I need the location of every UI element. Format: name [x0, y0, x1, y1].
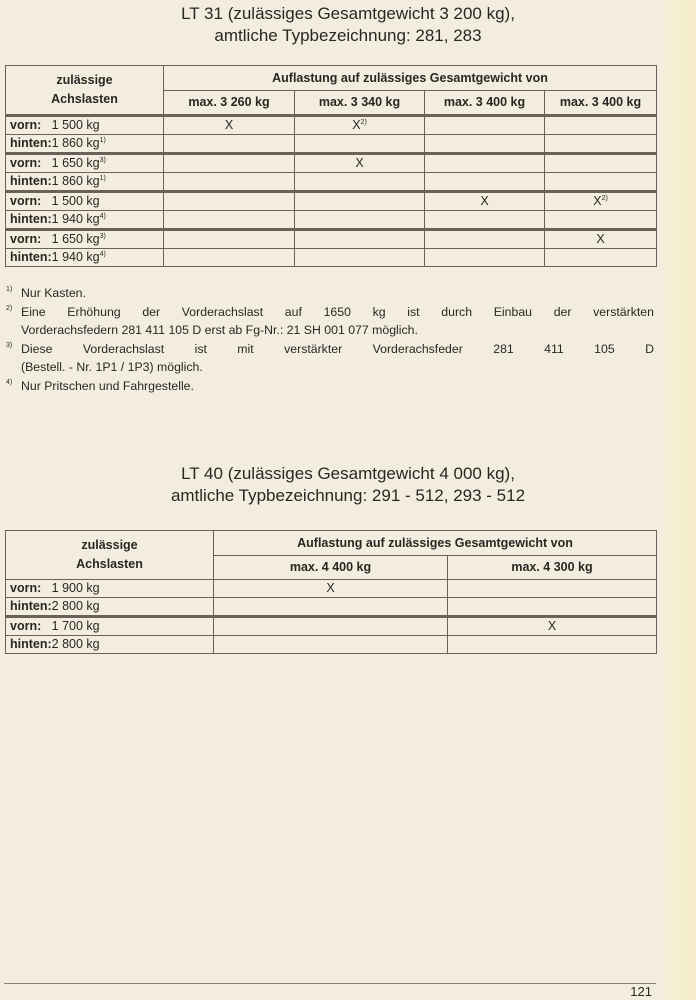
table-row: hinten:1 860 kg1) [6, 135, 657, 154]
mark-cell [425, 116, 545, 135]
mark-cell: X [214, 580, 448, 598]
mark-cell [545, 154, 657, 173]
footnote-number: 2) [6, 300, 12, 319]
mark-cell: X2) [295, 116, 425, 135]
footer-rule [4, 983, 656, 984]
mark-cell [164, 211, 295, 230]
section1-title-line2: amtliche Typbezeichnung: 281, 283 [0, 25, 696, 47]
mark-cell [425, 154, 545, 173]
axle-cell: vorn: 1 500 kg [6, 116, 164, 135]
column-header: max. 3 400 kg [425, 91, 545, 116]
mark-cell [425, 211, 545, 230]
table-row: vorn: 1 900 kg X [6, 580, 657, 598]
table-row: hinten:2 800 kg [6, 636, 657, 654]
lt40-axle-load-table: zulässige Achslasten Auflastung auf zulä… [5, 530, 657, 654]
axle-label: hinten: [10, 136, 52, 150]
axle-value: 1 500 kg [52, 118, 100, 132]
footnote-text-line2: (Bestell. - Nr. 1P1 / 1P3) möglich. [21, 358, 654, 377]
axle-cell: vorn: 1 900 kg [6, 580, 214, 598]
mark-cell [164, 154, 295, 173]
mark-cell: X2) [545, 192, 657, 211]
axle-load-header: zulässige Achslasten [6, 66, 164, 116]
mark-cell [425, 173, 545, 192]
footnote-3: 3) Diese Vorderachslast ist mit verstärk… [6, 340, 654, 377]
table-row: hinten:2 800 kg [6, 598, 657, 617]
axle-label: vorn: [10, 232, 41, 246]
axle-value: 1 650 kg [52, 232, 100, 246]
axle-label: vorn: [10, 156, 41, 170]
axle-cell: vorn: 1 650 kg3) [6, 230, 164, 249]
mark-cell [545, 116, 657, 135]
footnotes: 1) Nur Kasten. 2) Eine Erhöhung der Vord… [6, 284, 654, 395]
axle-label: hinten: [10, 212, 52, 226]
axle-label: vorn: [10, 118, 41, 132]
axle-value: 1 860 kg [52, 136, 100, 150]
section1-title: LT 31 (zulässiges Gesamtgewicht 3 200 kg… [0, 3, 696, 47]
mark-cell: X [448, 617, 657, 636]
mark-cell [214, 617, 448, 636]
footnote-ref: 4) [100, 213, 106, 220]
axle-value: 1 860 kg [52, 174, 100, 188]
axle-header-line2: Achslasten [76, 557, 143, 571]
section1-title-line1: LT 31 (zulässiges Gesamtgewicht 3 200 kg… [0, 3, 696, 25]
section2-title: LT 40 (zulässiges Gesamtgewicht 4 000 kg… [0, 463, 696, 507]
mark-cell [425, 249, 545, 267]
footnote-2: 2) Eine Erhöhung der Vorderachslast auf … [6, 303, 654, 340]
lt31-axle-load-table: zulässige Achslasten Auflastung auf zulä… [5, 65, 657, 267]
mark-cell [295, 173, 425, 192]
axle-label: hinten: [10, 250, 52, 264]
axle-label: hinten: [10, 174, 52, 188]
page-number: 121 [630, 984, 652, 999]
mark-cell [425, 230, 545, 249]
section2-title-line2: amtliche Typbezeichnung: 291 - 512, 293 … [0, 485, 696, 507]
table-row: vorn: 1 650 kg3) X [6, 230, 657, 249]
axle-label: vorn: [10, 194, 41, 208]
column-header: max. 3 400 kg [545, 91, 657, 116]
column-header: max. 4 400 kg [214, 556, 448, 580]
upgrade-group-header: Auflastung auf zulässiges Gesamtgewicht … [214, 531, 657, 556]
mark-cell [545, 211, 657, 230]
footnote-text-line2: Vorderachsfedern 281 411 105 D erst ab F… [21, 321, 654, 340]
axle-value: 1 650 kg [52, 156, 100, 170]
axle-value: 1 940 kg [52, 250, 100, 264]
mark-cell [545, 173, 657, 192]
mark-cell [425, 135, 545, 154]
axle-load-header: zulässige Achslasten [6, 531, 214, 580]
mark-cell: X [425, 192, 545, 211]
mark-cell [295, 192, 425, 211]
mark-cell [295, 230, 425, 249]
table-row: vorn: 1 700 kg X [6, 617, 657, 636]
footnote-text: Nur Pritschen und Fahrgestelle. [21, 379, 194, 393]
mark-cell [448, 580, 657, 598]
footnote-number: 4) [6, 374, 12, 393]
axle-cell: vorn: 1 500 kg [6, 192, 164, 211]
mark-cell [164, 173, 295, 192]
mark-cell [448, 598, 657, 617]
mark-cell: X [545, 230, 657, 249]
axle-value: 1 500 kg [52, 194, 100, 208]
footnote-number: 3) [6, 337, 12, 356]
mark-cell: X [164, 116, 295, 135]
mark-cell [164, 192, 295, 211]
column-header: max. 3 340 kg [295, 91, 425, 116]
mark-cell [164, 135, 295, 154]
table-row: vorn: 1 650 kg3) X [6, 154, 657, 173]
section2-title-line1: LT 40 (zulässiges Gesamtgewicht 4 000 kg… [0, 463, 696, 485]
axle-label: hinten: [10, 599, 52, 613]
mark-cell [214, 636, 448, 654]
axle-header-line1: zulässige [81, 538, 137, 552]
axle-cell: hinten:1 940 kg4) [6, 211, 164, 230]
footnote-ref: 1) [100, 137, 106, 144]
footnote-text-line1: Eine Erhöhung der Vorderachslast auf 165… [21, 303, 654, 322]
axle-cell: hinten:1 940 kg4) [6, 249, 164, 267]
upgrade-group-header: Auflastung auf zulässiges Gesamtgewicht … [164, 66, 657, 91]
axle-value: 2 800 kg [52, 637, 100, 651]
footnote-ref: 3) [100, 157, 106, 164]
axle-label: vorn: [10, 619, 41, 633]
table-row: hinten:1 940 kg4) [6, 211, 657, 230]
axle-header-line1: zulässige [56, 73, 112, 87]
footnote-text: Nur Kasten. [21, 286, 86, 300]
axle-value: 2 800 kg [52, 599, 100, 613]
footnote-ref: 4) [100, 251, 106, 258]
mark-cell [164, 230, 295, 249]
axle-label: vorn: [10, 581, 41, 595]
column-header: max. 4 300 kg [448, 556, 657, 580]
column-header: max. 3 260 kg [164, 91, 295, 116]
axle-label: hinten: [10, 637, 52, 651]
mark-cell [295, 211, 425, 230]
axle-header-line2: Achslasten [51, 92, 118, 106]
mark-cell [295, 135, 425, 154]
table-row: hinten:1 860 kg1) [6, 173, 657, 192]
table-row: vorn: 1 500 kg X X2) [6, 192, 657, 211]
mark-cell: X [295, 154, 425, 173]
footnote-4: 4) Nur Pritschen und Fahrgestelle. [6, 377, 654, 396]
footnote-ref: 1) [100, 175, 106, 182]
axle-value: 1 940 kg [52, 212, 100, 226]
mark-cell [448, 636, 657, 654]
axle-cell: hinten:1 860 kg1) [6, 135, 164, 154]
mark-cell [545, 249, 657, 267]
mark-cell [214, 598, 448, 617]
axle-cell: hinten:1 860 kg1) [6, 173, 164, 192]
footnote-text-line1: Diese Vorderachslast ist mit verstärkter… [21, 340, 654, 359]
table-row: hinten:1 940 kg4) [6, 249, 657, 267]
axle-cell: hinten:2 800 kg [6, 636, 214, 654]
axle-cell: vorn: 1 650 kg3) [6, 154, 164, 173]
table-row: vorn: 1 500 kg X X2) [6, 116, 657, 135]
mark-cell [295, 249, 425, 267]
axle-cell: hinten:2 800 kg [6, 598, 214, 617]
footnote-number: 1) [6, 281, 12, 300]
footnote-1: 1) Nur Kasten. [6, 284, 654, 303]
axle-cell: vorn: 1 700 kg [6, 617, 214, 636]
axle-value: 1 700 kg [52, 619, 100, 633]
mark-cell [545, 135, 657, 154]
footnote-ref: 3) [100, 233, 106, 240]
mark-cell [164, 249, 295, 267]
axle-value: 1 900 kg [52, 581, 100, 595]
